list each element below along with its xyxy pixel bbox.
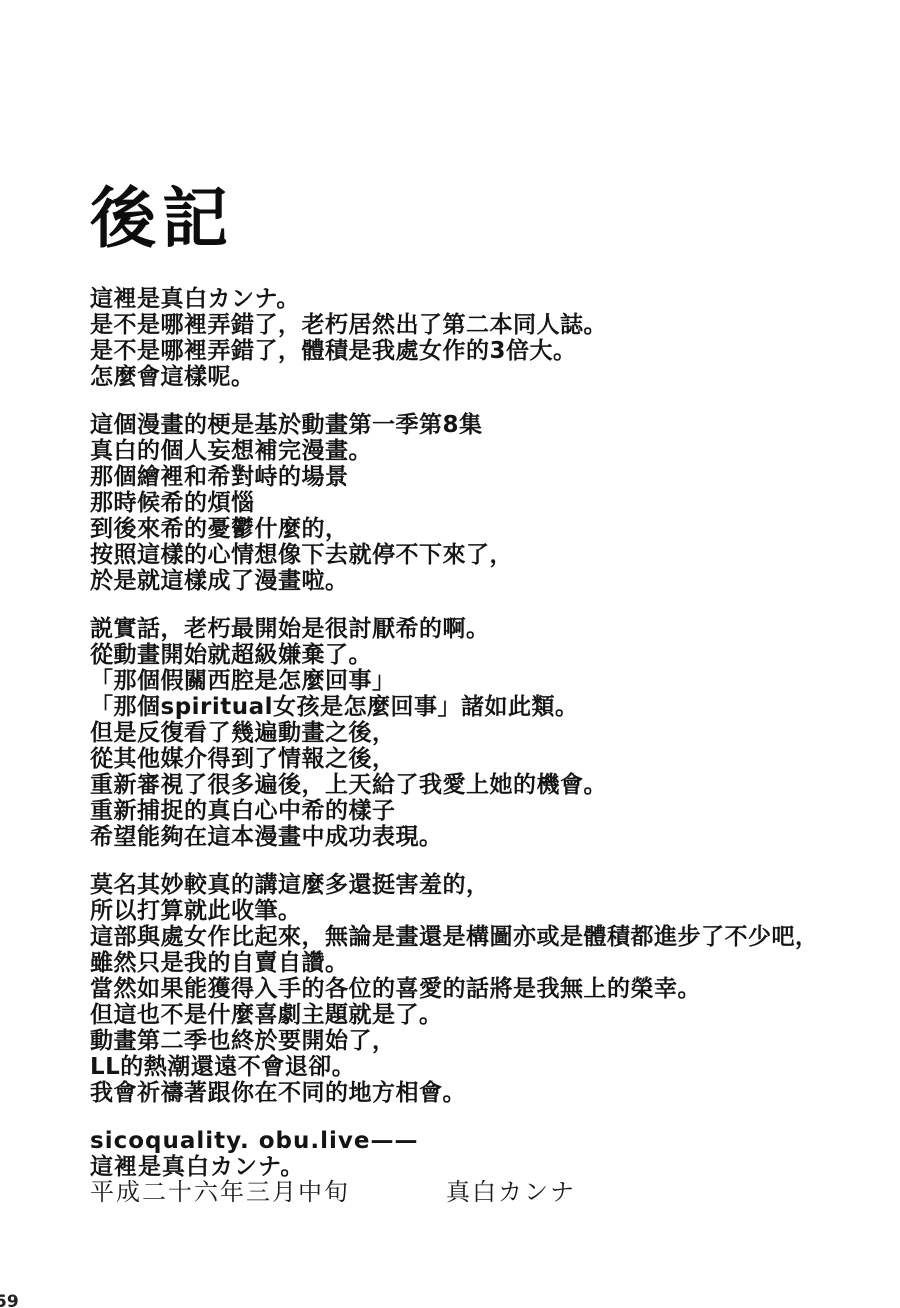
text-line: 是不是哪裡弄錯了，老朽居然出了第二本同人誌。 xyxy=(90,312,880,338)
text-line: 但這也不是什麼喜劇主題就是了。 xyxy=(90,1002,880,1028)
footer-date: 平成二十六年三月中旬 xyxy=(90,1172,350,1207)
text-line: 這裡是真白カンナ。 xyxy=(90,286,880,312)
page-title: 後記 xyxy=(90,186,880,252)
text-line: LL的熱潮還遠不會退卻。 xyxy=(90,1054,880,1080)
text-line: 雖然只是我的自賣自讚。 xyxy=(90,950,880,976)
text-line: 到後來希的憂鬱什麼的， xyxy=(90,516,880,542)
text-line: 這個漫畫的梗是基於動畫第一季第8集 xyxy=(90,412,880,438)
text-line: 怎麼會這樣呢。 xyxy=(90,364,880,390)
text-line: 那時候希的煩惱 xyxy=(90,490,880,516)
text-line: 所以打算就此收筆。 xyxy=(90,898,880,924)
text-line: sicoquality. obu.live—— xyxy=(90,1128,880,1154)
text-line: 「那個假關西腔是怎麼回事」 xyxy=(90,668,880,694)
paragraph-premise: 這個漫畫的梗是基於動畫第一季第8集 真白的個人妄想補完漫畫。 那個繪裡和希對峙的… xyxy=(90,412,880,594)
paragraph-wrap-up: 莫名其妙較真的講這麼多還挺害羞的， 所以打算就此收筆。 這部與處女作比起來，無論… xyxy=(90,872,880,1106)
text-line: 莫名其妙較真的講這麼多還挺害羞的， xyxy=(90,872,880,898)
text-line: 這部與處女作比起來，無論是畫還是構圖亦或是體積都進步了不少吧， xyxy=(90,924,880,950)
text-line: 希望能夠在這本漫畫中成功表現。 xyxy=(90,824,880,850)
footer-signature: 真白カンナ xyxy=(446,1172,576,1207)
text-line: 是不是哪裡弄錯了，體積是我處女作的3倍大。 xyxy=(90,338,880,364)
text-line: 重新捕捉的真白心中希的樣子 xyxy=(90,798,880,824)
text-line: 重新審視了很多遍後，上天給了我愛上她的機會。 xyxy=(90,772,880,798)
text-line: 從動畫開始就超級嫌棄了。 xyxy=(90,642,880,668)
text-line: 「那個spiritual女孩是怎麼回事」諸如此類。 xyxy=(90,694,880,720)
text-line: 説實話，老朽最開始是很討厭希的啊。 xyxy=(90,616,880,642)
text-line: 我會祈禱著跟你在不同的地方相會。 xyxy=(90,1080,880,1106)
afterword-page: 後記 這裡是真白カンナ。 是不是哪裡弄錯了，老朽居然出了第二本同人誌。 是不是哪… xyxy=(0,0,900,1308)
text-line: 按照這樣的心情想像下去就停不下來了， xyxy=(90,542,880,568)
afterword-content: 後記 這裡是真白カンナ。 是不是哪裡弄錯了，老朽居然出了第二本同人誌。 是不是哪… xyxy=(90,186,880,1180)
text-line: 那個繪裡和希對峙的場景 xyxy=(90,464,880,490)
text-line: 真白的個人妄想補完漫畫。 xyxy=(90,438,880,464)
text-line: 從其他媒介得到了情報之後， xyxy=(90,746,880,772)
page-number: 59 xyxy=(0,1292,19,1308)
footer: 平成二十六年三月中旬 真白カンナ xyxy=(90,1172,576,1207)
paragraph-intro: 這裡是真白カンナ。 是不是哪裡弄錯了，老朽居然出了第二本同人誌。 是不是哪裡弄錯… xyxy=(90,286,880,390)
text-line: 但是反復看了幾遍動畫之後， xyxy=(90,720,880,746)
paragraph-honest-talk: 説實話，老朽最開始是很討厭希的啊。 從動畫開始就超級嫌棄了。 「那個假關西腔是怎… xyxy=(90,616,880,850)
text-line: 於是就這樣成了漫畫啦。 xyxy=(90,568,880,594)
text-line: 動畫第二季也終於要開始了， xyxy=(90,1028,880,1054)
text-line: 當然如果能獲得入手的各位的喜愛的話將是我無上的榮幸。 xyxy=(90,976,880,1002)
